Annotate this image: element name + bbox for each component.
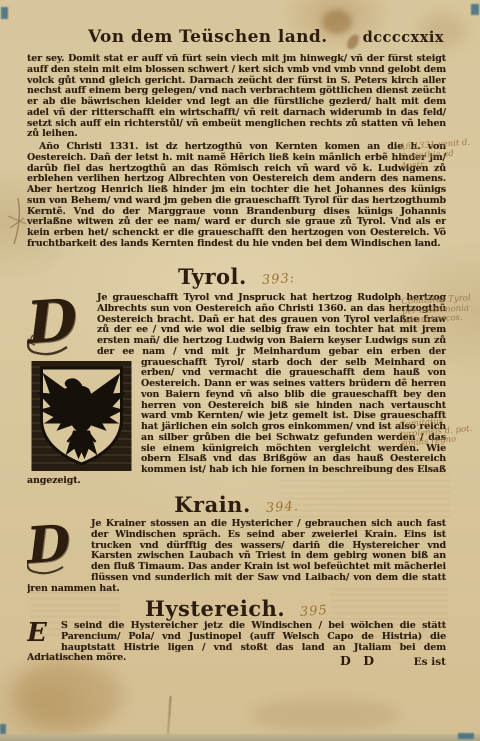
paragraph-investiture: ter sey. Domit stat er auff vñ fürt sein…: [27, 54, 446, 142]
book-edge-mark: [1, 7, 8, 19]
marginal-note-carinthia: Añ 1331 venit d. Carinthia ad Austr.: [399, 138, 475, 172]
book-edge-mark: [0, 724, 6, 734]
page-header: Von dem Teüschen land. dccccxxix: [27, 27, 446, 49]
handwritten-chapter-number: 393:: [261, 271, 295, 288]
catchword: Es ist: [414, 656, 446, 668]
book-edge-mark: [471, 4, 479, 15]
paper-stain: [14, 660, 124, 730]
gathering-signature: D D: [340, 653, 378, 668]
initial-flourish: [27, 333, 87, 359]
marginal-note-tyrol-kingdom: Comitatus tyrolensis d. pot. similis reg…: [399, 415, 475, 450]
heading-word: Tyrol.: [178, 264, 247, 289]
signature-line: D D Es ist: [27, 650, 446, 669]
heading-word: Krain.: [174, 492, 250, 517]
margin-pen-mark: [4, 194, 30, 250]
initial-e: E: [27, 621, 57, 645]
section-heading-hystereich: Hystereich.395: [27, 596, 446, 622]
paper-stain: [250, 698, 400, 732]
handwritten-chapter-number: 395: [300, 603, 329, 620]
initial-flourish: [27, 555, 81, 577]
page-bottom-edge: [0, 734, 480, 741]
tyrol-eagle-woodcut: [31, 361, 132, 471]
section-krain-text: D Je Krainer stossen an die Hystericher …: [27, 519, 446, 597]
section-heading-tyrol: Tyrol.393:: [27, 264, 446, 290]
folio-number: dccccxxix: [363, 29, 444, 46]
book-page-scan: Von dem Teüschen land. dccccxxix ter sey…: [0, 0, 480, 741]
heading-word: Hystereich.: [145, 596, 285, 621]
ornate-initial-d: D: [27, 293, 91, 357]
book-edge-mark: [458, 733, 474, 739]
ornate-initial-d: D: [27, 519, 85, 575]
running-title: Von dem Teüschen land.: [88, 27, 328, 47]
paragraph-kernten-history: Año Christi 1331. ist dz hertzogthũ von …: [27, 142, 446, 255]
handwritten-chapter-number: 394.: [265, 499, 299, 516]
section-heading-krain: Krain.394.: [27, 492, 446, 518]
marginal-note-tyrol-marriage: Comitatus Tyrol per matrimonia ad austri…: [401, 294, 476, 326]
section-tyrol-text: D Je: [27, 293, 446, 501]
